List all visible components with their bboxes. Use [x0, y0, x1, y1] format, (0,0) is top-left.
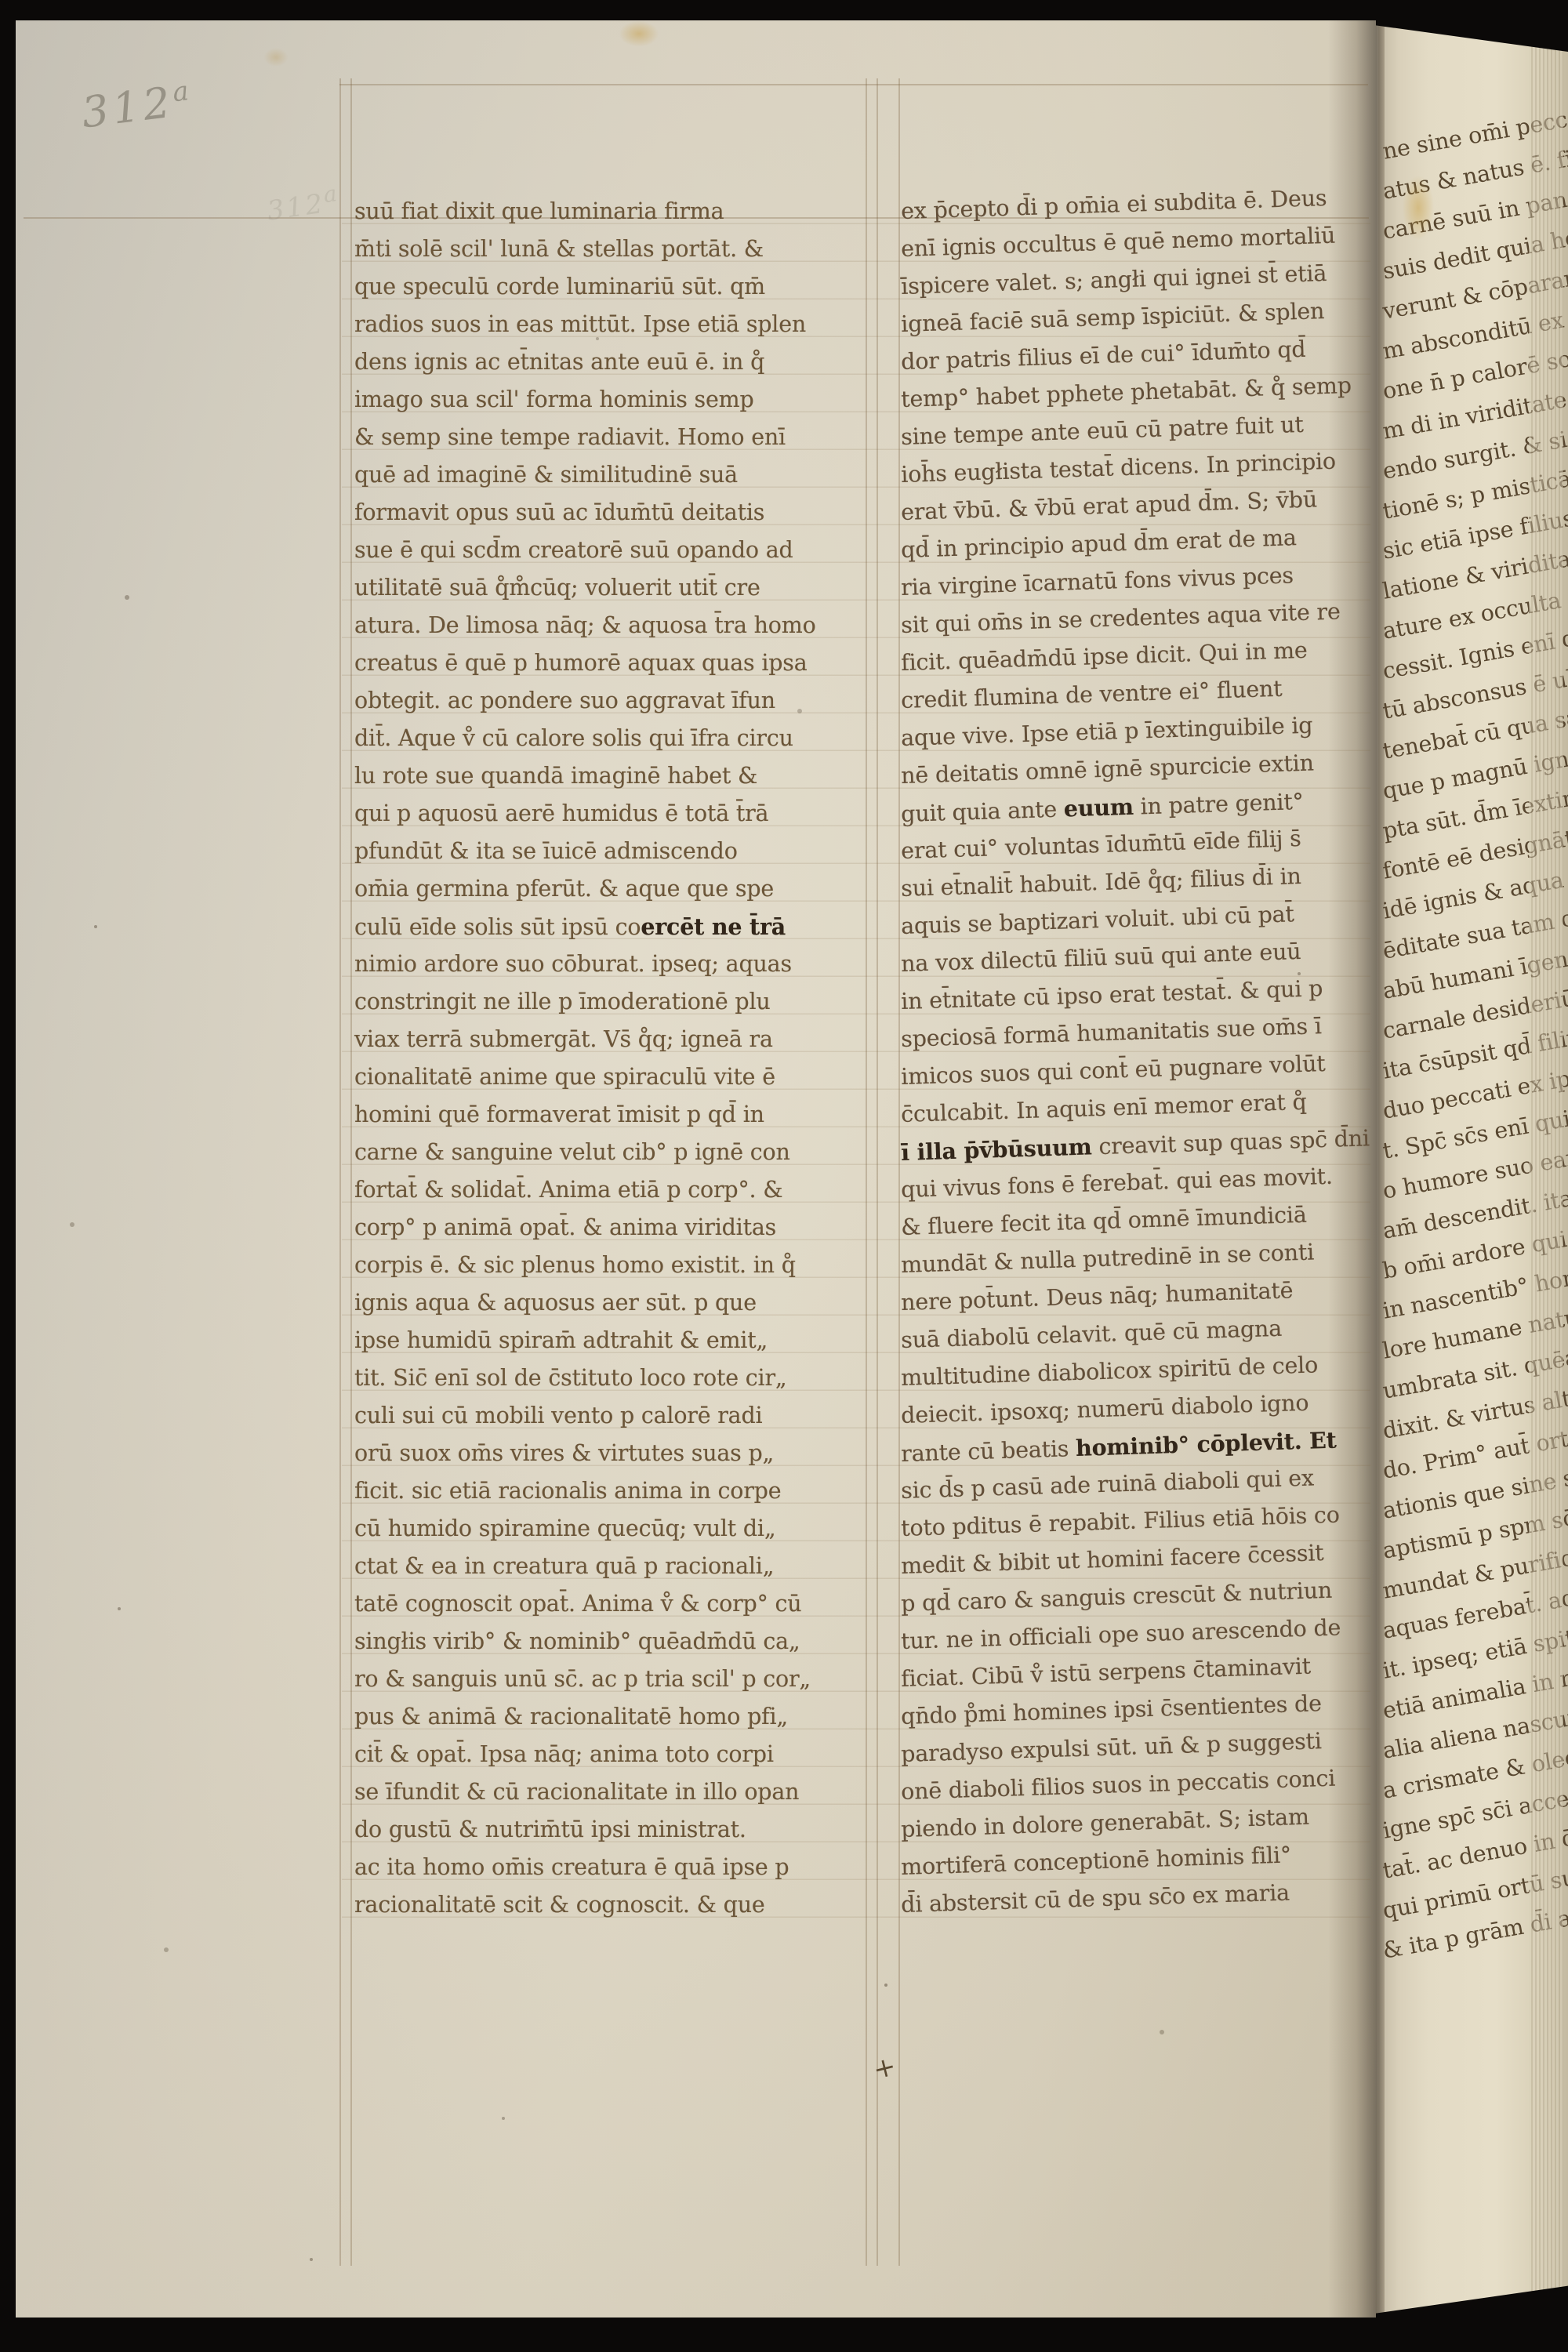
- manuscript-line: suū fiat dixit que luminaria firma: [354, 193, 878, 230]
- manuscript-line: dens ignis ac et̄nitas ante euū ē. in q̊: [354, 343, 878, 381]
- manuscript-line: ro & sanguis unū sc̄. ac p tria scil' p …: [354, 1661, 878, 1698]
- manuscript-line: que speculū corde luminariū sūt. qm̄: [354, 268, 878, 306]
- darker-ink-correction: hominib° cōplevit. Et: [1075, 1427, 1337, 1461]
- photo-border-top: [0, 0, 1568, 20]
- manuscript-line: se īfundit & cū racionalitate in illo op…: [354, 1773, 878, 1811]
- parchment-stain: [259, 44, 293, 71]
- manuscript-line: ignis aqua & aquosus aer sūt. p que: [354, 1284, 878, 1322]
- manuscript-line: qui p aquosū aerē humidus ē totā t̄rā: [354, 795, 878, 833]
- manuscript-line: do gustū & nutrim̄tū ipsi ministrat.: [354, 1811, 878, 1849]
- manuscript-line: radios suos in eas mittūt. Ipse etiā spl…: [354, 306, 878, 343]
- manuscript-line: ac ita homo om̄is creatura ē quā ipse p: [354, 1849, 878, 1886]
- manuscript-line: ficit. sic etiā racionalis anima in corp…: [354, 1472, 878, 1510]
- manuscript-line: cit̄ & opat̄. Ipsa nāq; anima toto corpi: [354, 1736, 878, 1773]
- manuscript-line: m̄ti solē scil' lunā & stellas portāt. &: [354, 230, 878, 268]
- manuscript-photo: ne sine om̄i peccato virilis natatus & n…: [0, 0, 1568, 2352]
- darker-ink-correction: ercēt ne t̄rā: [641, 913, 786, 940]
- ruling-line-vertical: [350, 78, 352, 2266]
- manuscript-line: corpis ē. & sic plenus homo existit. in …: [354, 1247, 878, 1284]
- manuscript-line: ipse humidū spiram̄ adtrahit & emit„: [354, 1322, 878, 1359]
- photo-border-left: [0, 0, 16, 2352]
- manuscript-line: dit̄. Aque v̊ cū calore solis qui īfra c…: [354, 720, 878, 757]
- manuscript-line: pus & animā & racionalitatē homo pfi„: [354, 1698, 878, 1736]
- text-column-left: suū fiat dixit que luminaria firmam̄ti s…: [354, 193, 878, 1924]
- manuscript-line: cū humido spiramine quecūq; vult di„: [354, 1510, 878, 1548]
- page-edge-stack: [1529, 0, 1563, 2352]
- manuscript-line: sue ē qui scd̄m creatorē suū opando ad: [354, 532, 878, 569]
- manuscript-line: tit. Sic̄ enī sol de c̄stituto loco rote…: [354, 1359, 878, 1397]
- manuscript-line: quē ad imaginē & similitudinē suā: [354, 456, 878, 494]
- manuscript-line: ctat & ea in creatura quā p racionali„: [354, 1548, 878, 1585]
- manuscript-line: creatus ē quē p humorē aquax quas ipsa: [354, 644, 878, 682]
- manuscript-line: om̄ia germina pferūt. & aque que spe: [354, 870, 878, 908]
- manuscript-line: atura. De limosa nāq; & aquosa t̄ra homo: [354, 607, 878, 644]
- manuscript-line: pfundūt & ita se īuicē admiscendo: [354, 833, 878, 870]
- manuscript-line: corp° p animā opat̄. & anima viriditas: [354, 1209, 878, 1247]
- parchment-stain: [1397, 165, 1439, 251]
- photo-border-bottom: [0, 2318, 1568, 2352]
- manuscript-line: imago sua scil' forma hominis semp: [354, 381, 878, 419]
- manuscript-line: homini quē formaverat īmisit p qd̄ in: [354, 1096, 878, 1134]
- manuscript-line: nimio ardore suo cōburat. ipseq; aquas: [354, 946, 878, 983]
- manuscript-line: fortat̄ & solidat̄. Anima etiā p corp°. …: [354, 1171, 878, 1209]
- manuscript-line: culi sui cū mobili vento p calorē radi: [354, 1397, 878, 1435]
- manuscript-line: racionalitatē scit & cognoscit. & que: [354, 1886, 878, 1924]
- ruling-line-vertical: [339, 78, 341, 2266]
- manuscript-line: obtegit. ac pondere suo aggravat īfun: [354, 682, 878, 720]
- ruling-line-vertical: [898, 78, 900, 2266]
- manuscript-line: constringit ne ille p īmoderationē plu: [354, 983, 878, 1021]
- darker-ink-correction: ī illa p̄v̄būsuum: [901, 1133, 1092, 1166]
- manuscript-line: & semp sine tempe radiavit. Homo enī: [354, 419, 878, 456]
- manuscript-line: viax terrā submergāt. Vs̄ q̊q; igneā ra: [354, 1021, 878, 1058]
- parchment-stain: [612, 16, 666, 52]
- manuscript-line: utilitatē suā q̊m̊cūq; voluerit utit̄ cr…: [354, 569, 878, 607]
- text-column-right: ex p̄cepto d̄i p om̄ia ei subdita ē. Deu…: [902, 193, 1372, 1924]
- ruling-line-horizontal: [339, 84, 1368, 85]
- darker-ink-correction: euum: [1063, 793, 1134, 822]
- manuscript-line: carne & sanguine velut cib° p ignē con: [354, 1134, 878, 1171]
- manuscript-line: cionalitatē anime que spiraculū vite ē: [354, 1058, 878, 1096]
- manuscript-line: tatē cognoscit opat̄. Anima v̊ & corp° c…: [354, 1585, 878, 1623]
- manuscript-line: singłis virib° & nominib° quēadm̄dū ca„: [354, 1623, 878, 1661]
- manuscript-line: formavit opus suū ac īdum̄tū deitatis: [354, 494, 878, 532]
- manuscript-line: culū eīde solis sūt ipsū coercēt ne t̄rā: [354, 908, 878, 946]
- manuscript-line: orū suox om̄s vires & virtutes suas p„: [354, 1435, 878, 1472]
- manuscript-line: lu rote sue quandā imaginē habet &: [354, 757, 878, 795]
